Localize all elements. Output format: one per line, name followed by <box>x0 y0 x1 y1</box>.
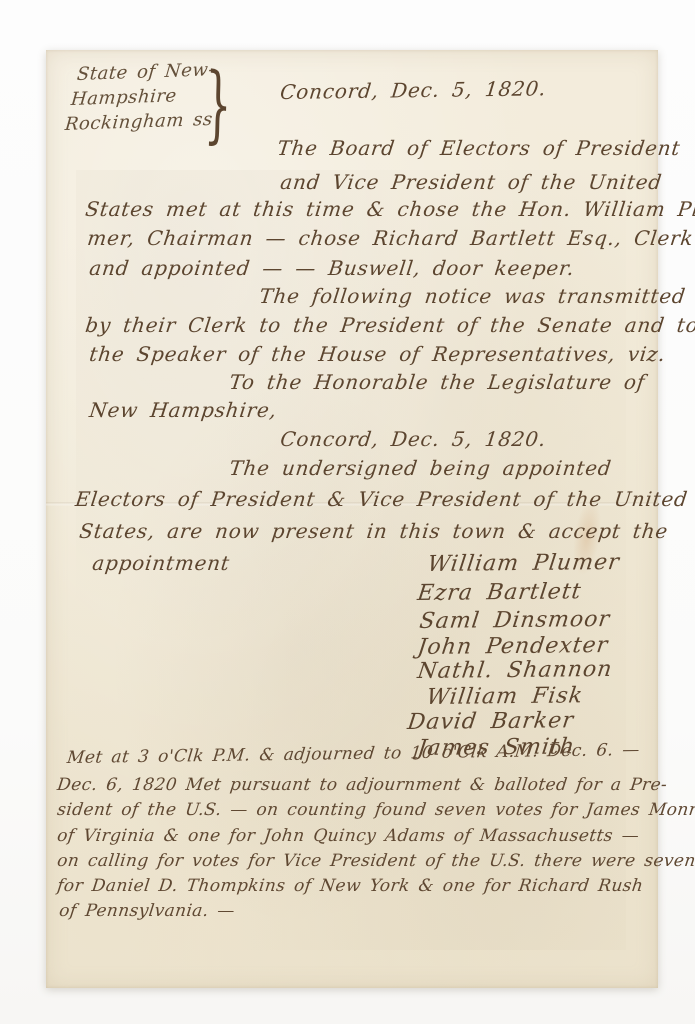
manuscript-line: The following notice was transmitted <box>258 284 687 308</box>
manuscript-line: The Board of Electors of President <box>276 136 682 160</box>
salutation-line: New Hampshire, <box>88 398 278 422</box>
manuscript-line: The undersigned being appointed <box>228 456 613 480</box>
manuscript-line: States, are now present in this town & a… <box>78 519 670 543</box>
dateline-top: Concord, Dec. 5, 1820. <box>279 76 548 104</box>
manuscript-line: and Vice President of the United <box>279 170 664 194</box>
manuscript-page: State of New- Hampshire Rockingham ss } … <box>46 50 658 988</box>
manuscript-line: appointment <box>91 551 231 575</box>
scan-background: State of New- Hampshire Rockingham ss } … <box>0 0 695 1024</box>
docket-line: State of New- <box>76 59 216 85</box>
signature: David Barker <box>406 708 575 735</box>
minutes-line: of Pennsylvania. — <box>58 901 236 921</box>
minutes-line: on calling for votes for Vice President … <box>56 851 695 871</box>
manuscript-line: mer, Chairman — chose Richard Bartlett E… <box>86 226 695 250</box>
signature: Ezra Bartlett <box>416 579 583 606</box>
signature: William Plumer <box>426 550 621 577</box>
manuscript-line: by their Clerk to the President of the S… <box>84 313 695 337</box>
manuscript-line: and appointed — — Buswell, door keeper. <box>88 256 576 280</box>
signature: Nathl. Shannon <box>416 657 614 684</box>
signature: John Pendexter <box>416 633 610 660</box>
minutes-line: of Virginia & one for John Quincy Adams … <box>56 826 640 846</box>
minutes-line: Dec. 6, 1820 Met pursuant to adjournment… <box>56 775 668 795</box>
signature: William Fisk <box>425 683 585 710</box>
docket-brace: } <box>203 56 232 155</box>
minutes-line: for Daniel D. Thompkins of New York & on… <box>56 876 644 896</box>
docket-line: Rockingham ss <box>64 109 214 135</box>
minutes-line: sident of the U.S. — on counting found s… <box>56 800 695 820</box>
manuscript-line: Electors of President & Vice President o… <box>74 487 689 511</box>
manuscript-line: States met at this time & chose the Hon.… <box>84 197 695 221</box>
manuscript-line: the Speaker of the House of Representati… <box>88 342 667 366</box>
dateline-inner: Concord, Dec. 5, 1820. <box>279 427 548 451</box>
docket-line: Hampshire <box>70 85 178 110</box>
signature: Saml Dinsmoor <box>418 607 612 634</box>
salutation-line: To the Honorable the Legislature of <box>228 370 647 394</box>
